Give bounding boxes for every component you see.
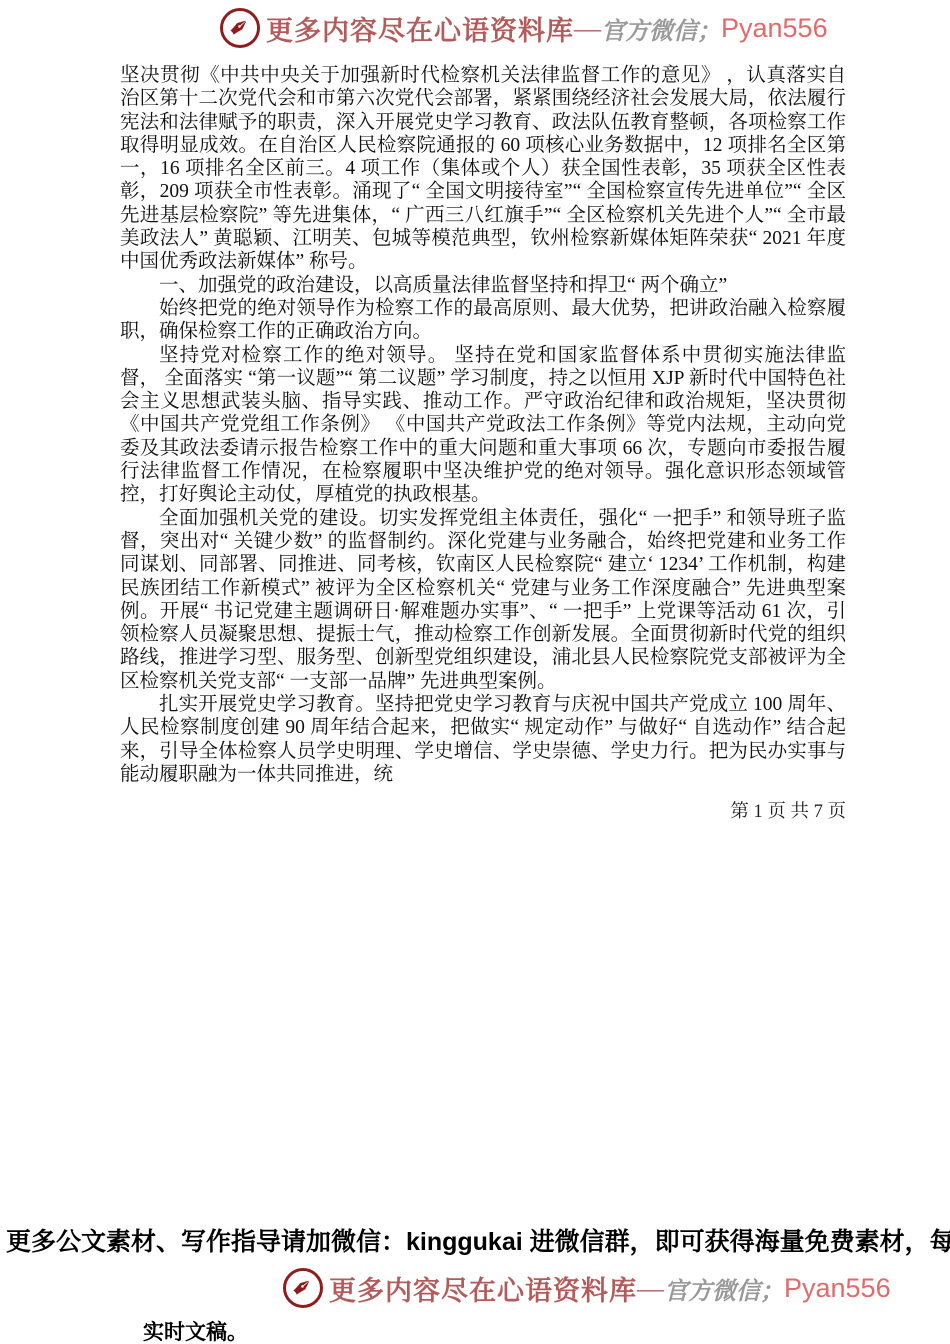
paragraph-4: 全面加强机关党的建设。切实发挥党组主体责任，强化“ 一把手” 和领导班子监督，突… <box>120 507 846 693</box>
watermark-wechat-id: Pyan556 <box>784 1273 891 1304</box>
promo-banner: 更多公文素材、写作指导请加微信：kinggukai 进微信群，即可获得海量免费素… <box>6 1222 950 1258</box>
paragraph-3: 坚持党对检察工作的绝对领导。 坚持在党和国家监督体系中贯彻实施法律监督， 全面落… <box>120 344 846 507</box>
paragraph-1: 坚决贯彻《中共中央关于加强新时代检察机关法律监督工作的意见》 ，认真落实自治区第… <box>120 64 846 274</box>
pen-nib-glyph: ✒ <box>286 1271 319 1305</box>
watermark-wechat-id: Pyan556 <box>721 13 828 44</box>
section-heading-1: 一、加强党的政治建设，以高质量法律监督坚持和捍卫“ 两个确立” <box>120 274 846 297</box>
pen-nib-glyph: ✒ <box>223 11 256 45</box>
pen-logo-icon: ✒ <box>220 8 260 48</box>
paragraph-2: 始终把党的绝对领导作为检察工作的最高原则、最大优势，把讲政治融入检察履职，确保检… <box>120 297 846 344</box>
page-number: 第 1 页 共 7 页 <box>120 801 846 824</box>
document-body: 坚决贯彻《中共中央关于加强新时代检察机关法律监督工作的意见》 ，认真落实自治区第… <box>120 64 846 825</box>
watermark-brand-text: 更多内容尽在心语资料库 <box>329 1269 637 1308</box>
watermark-brand-text: 更多内容尽在心语资料库 <box>266 9 574 48</box>
paragraph-5: 扎实开展党史学习教育。坚持把党史学习教育与庆祝中国共产党成立 100 周年、人民… <box>120 693 846 786</box>
document-page: ✒ 更多内容尽在心语资料库 — 官方微信； Pyan556 坚决贯彻《中共中央关… <box>0 0 950 1344</box>
watermark-dash: — <box>574 13 601 44</box>
watermark-dash: — <box>637 1273 664 1304</box>
pen-logo-icon: ✒ <box>283 1268 323 1308</box>
watermark-label: 官方微信； <box>601 11 721 46</box>
promo-tail: 实时文稿。 <box>143 1316 248 1344</box>
footer-watermark: ✒ 更多内容尽在心语资料库 — 官方微信； Pyan556 <box>283 1268 891 1308</box>
header-watermark: ✒ 更多内容尽在心语资料库 — 官方微信； Pyan556 <box>220 8 828 48</box>
watermark-label: 官方微信； <box>664 1271 784 1306</box>
